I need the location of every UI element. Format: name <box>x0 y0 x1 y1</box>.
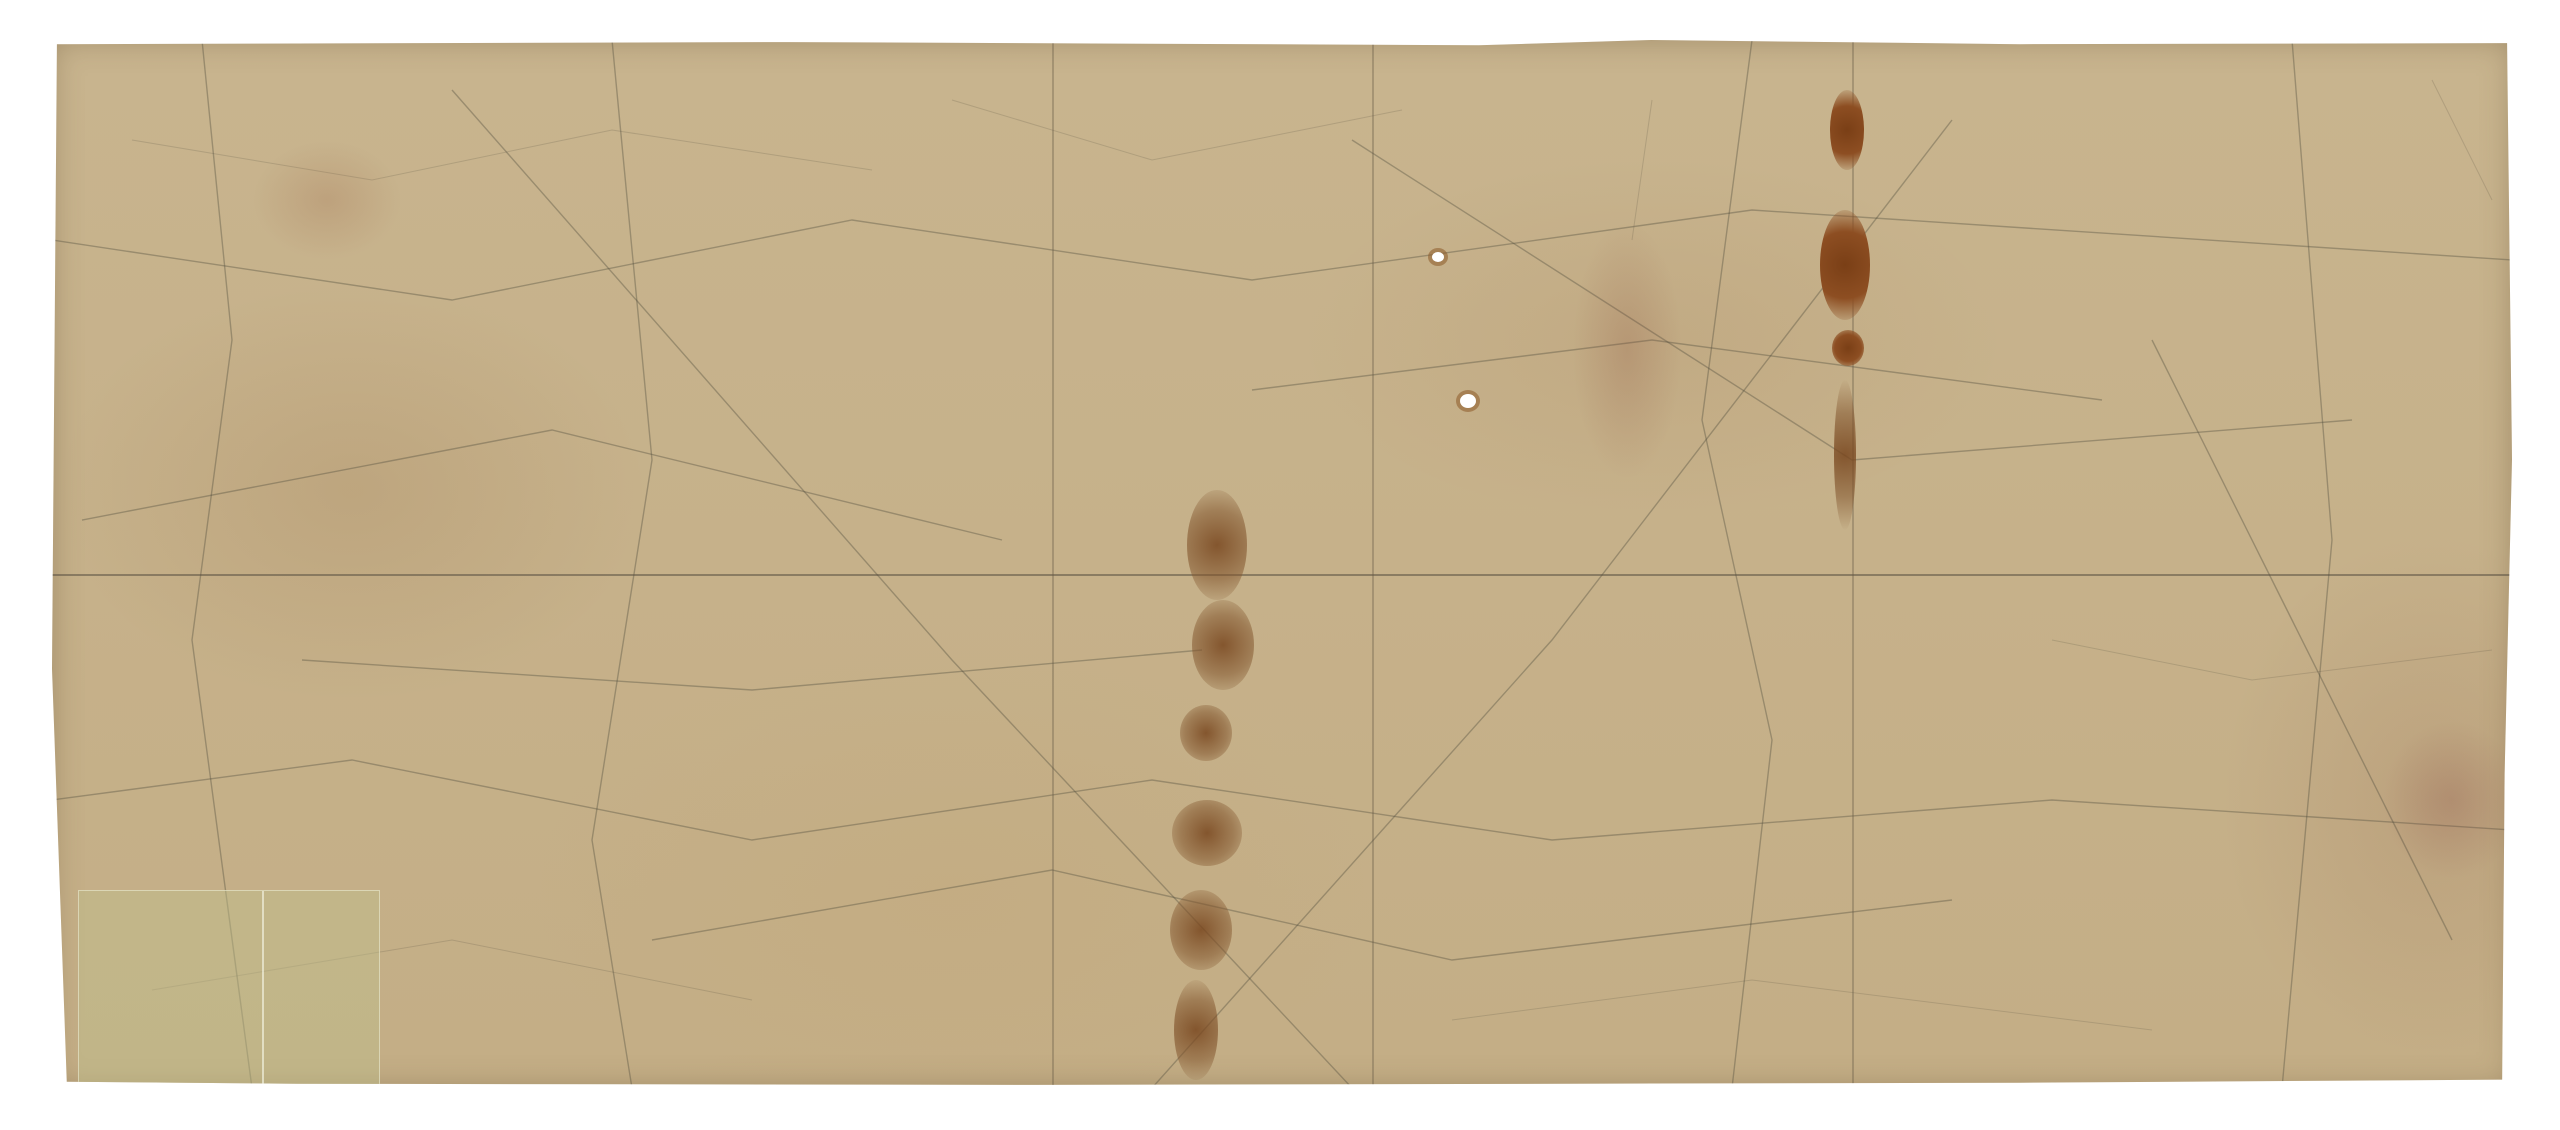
paper-sheet <box>52 40 2512 1088</box>
tape-seam <box>262 891 264 1086</box>
rust-stain <box>1187 490 1247 600</box>
paper-hole <box>1432 252 1444 262</box>
rust-stain <box>1180 705 1232 761</box>
tape-repair <box>78 890 380 1087</box>
crease-network <box>52 40 2512 1088</box>
rust-stain <box>1832 330 1864 366</box>
paper-hole <box>1460 394 1476 408</box>
ink-ghost-stain <box>2382 720 2522 880</box>
rust-stain <box>1192 600 1254 690</box>
ink-ghost-stain <box>252 140 402 260</box>
vertical-fold-line <box>1372 40 1374 1088</box>
rust-stain <box>1820 210 1870 320</box>
ink-ghost-stain <box>1572 220 1682 480</box>
rust-stain <box>1834 380 1856 530</box>
vertical-fold-line <box>1052 40 1054 1088</box>
rust-stain <box>1170 890 1232 970</box>
rust-stain <box>1830 90 1864 170</box>
rust-stain <box>1172 800 1242 866</box>
vertical-fold-line <box>1852 40 1854 1088</box>
rust-stain <box>1174 980 1218 1080</box>
horizontal-fold-line <box>52 574 2512 576</box>
